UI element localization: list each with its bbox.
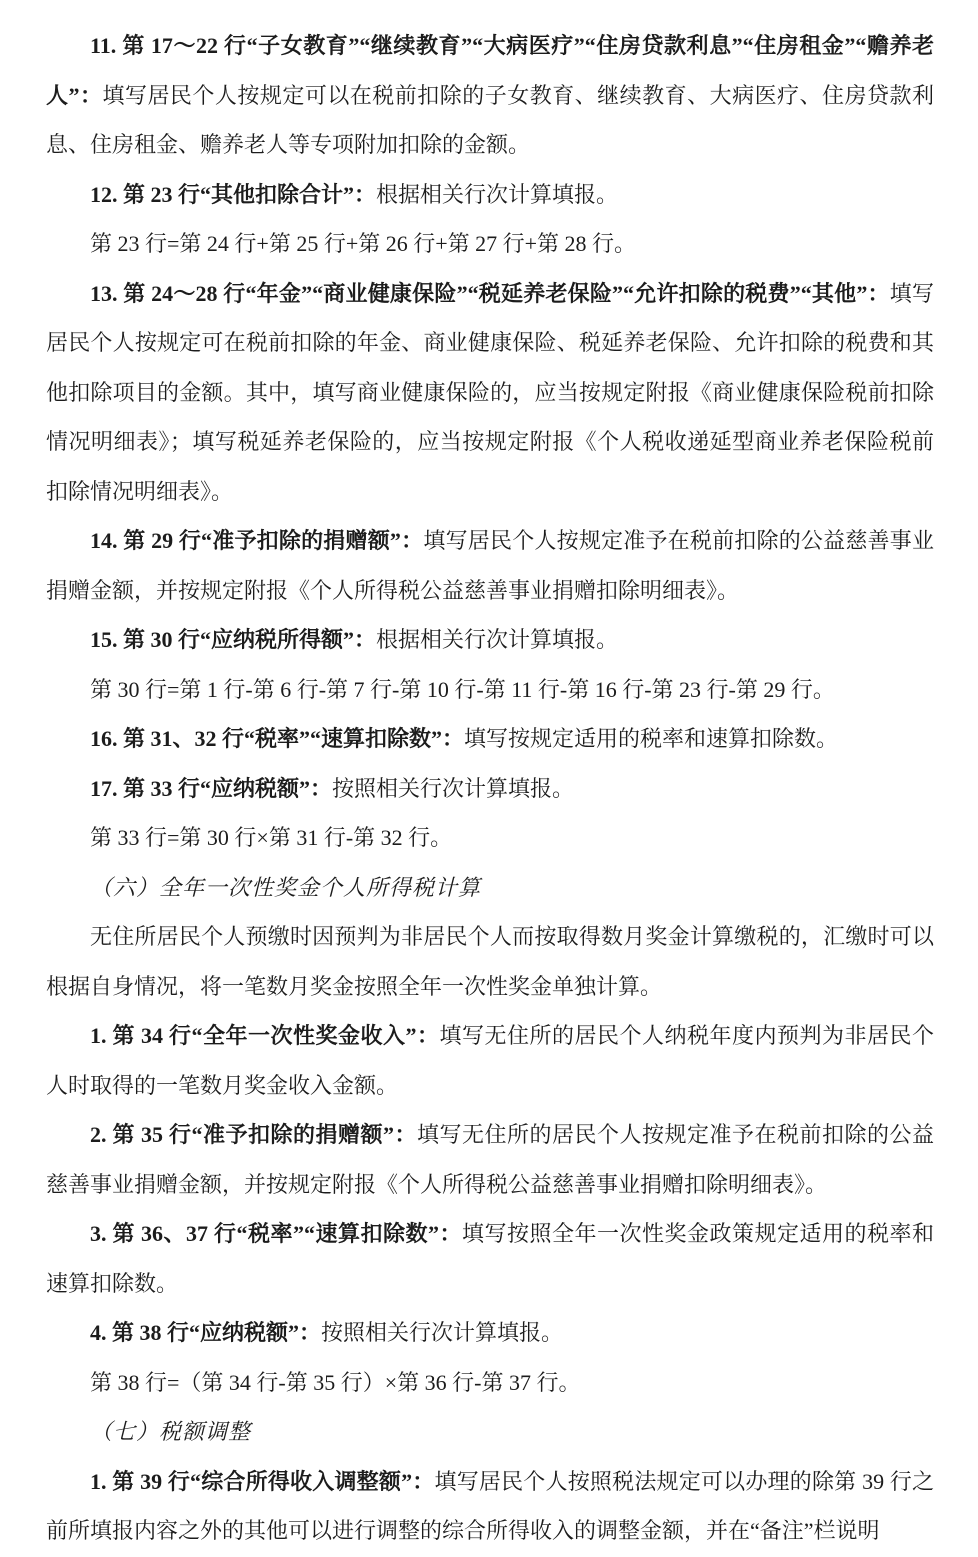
- para-13-annuity-insurance-deductions: 13. 第 24～28 行“年金”“商业健康保险”“税延养老保险”“允许扣除的税…: [46, 269, 934, 517]
- section-heading-text: （六）全年一次性奖金个人所得税计算: [90, 875, 481, 900]
- para-16-tax-rate-quick-deduction: 16. 第 31、32 行“税率”“速算扣除数”：填写按规定适用的税率和速算扣除…: [46, 714, 934, 764]
- para-17-tax-payable: 17. 第 33 行“应纳税额”：按照相关行次计算填报。: [46, 764, 934, 814]
- paragraph-lead: 17. 第 33 行“应纳税额”：: [90, 776, 332, 801]
- section-heading-six-annual-bonus: （六）全年一次性奖金个人所得税计算: [46, 863, 934, 913]
- paragraph-text: 根据相关行次计算填报。: [376, 627, 618, 652]
- formula-line-23: 第 23 行=第 24 行+第 25 行+第 26 行+第 27 行+第 28 …: [46, 219, 934, 269]
- paragraph-lead: 16. 第 31、32 行“税率”“速算扣除数”：: [90, 726, 464, 751]
- paragraph-lead: 13. 第 24～28 行“年金”“商业健康保险”“税延养老保险”“允许扣除的税…: [90, 281, 890, 306]
- formula-text: 第 30 行=第 1 行-第 6 行-第 7 行-第 10 行-第 11 行-第…: [90, 677, 835, 702]
- para-1-comprehensive-income-adjustment: 1. 第 39 行“综合所得收入调整额”：填写居民个人按照税法规定可以办理的除第…: [46, 1457, 934, 1556]
- formula-line-38: 第 38 行=（第 34 行-第 35 行）×第 36 行-第 37 行。: [46, 1358, 934, 1408]
- para-4-bonus-tax-payable: 4. 第 38 行“应纳税额”：按照相关行次计算填报。: [46, 1308, 934, 1358]
- paragraph-lead: 2. 第 35 行“准予扣除的捐赠额”：: [90, 1122, 417, 1147]
- para-14-donation-deduction: 14. 第 29 行“准予扣除的捐赠额”：填写居民个人按规定准予在税前扣除的公益…: [46, 516, 934, 615]
- paragraph-lead: 15. 第 30 行“应纳税所得额”：: [90, 627, 376, 652]
- paragraph-text: 按照相关行次计算填报。: [321, 1320, 563, 1345]
- para-15-taxable-income: 15. 第 30 行“应纳税所得额”：根据相关行次计算填报。: [46, 615, 934, 665]
- paragraph-lead: 14. 第 29 行“准予扣除的捐赠额”：: [90, 528, 423, 553]
- paragraph-text: 无住所居民个人预缴时因预判为非居民个人而按取得数月奖金计算缴税的，汇缴时可以根据…: [46, 924, 934, 999]
- paragraph-lead: 12. 第 23 行“其他扣除合计”：: [90, 182, 376, 207]
- para-2-bonus-donation-deduction: 2. 第 35 行“准予扣除的捐赠额”：填写无住所的居民个人按规定准予在税前扣除…: [46, 1110, 934, 1209]
- paragraph-text: 填写按规定适用的税率和速算扣除数。: [464, 726, 838, 751]
- para-annual-bonus-intro: 无住所居民个人预缴时因预判为非居民个人而按取得数月奖金计算缴税的，汇缴时可以根据…: [46, 912, 934, 1011]
- paragraph-text: 根据相关行次计算填报。: [376, 182, 618, 207]
- paragraph-text: 按照相关行次计算填报。: [332, 776, 574, 801]
- section-heading-seven-tax-adjustment: （七）税额调整: [46, 1407, 934, 1457]
- paragraph-text: 填写居民个人按规定可在税前扣除的年金、商业健康保险、税延养老保险、允许扣除的税费…: [46, 281, 934, 504]
- para-1-annual-bonus-income: 1. 第 34 行“全年一次性奖金收入”：填写无住所的居民个人纳税年度内预判为非…: [46, 1011, 934, 1110]
- paragraph-text: 填写居民个人按规定可以在税前扣除的子女教育、继续教育、大病医疗、住房贷款利息、住…: [46, 83, 934, 158]
- paragraph-lead: 1. 第 39 行“综合所得收入调整额”：: [90, 1469, 434, 1494]
- paragraph-lead: 4. 第 38 行“应纳税额”：: [90, 1320, 321, 1345]
- document-page: 11. 第 17～22 行“子女教育”“继续教育”“大病医疗”“住房贷款利息”“…: [0, 0, 978, 1557]
- para-3-bonus-tax-rate: 3. 第 36、37 行“税率”“速算扣除数”：填写按照全年一次性奖金政策规定适…: [46, 1209, 934, 1308]
- formula-line-33: 第 33 行=第 30 行×第 31 行-第 32 行。: [46, 813, 934, 863]
- formula-text: 第 38 行=（第 34 行-第 35 行）×第 36 行-第 37 行。: [90, 1370, 580, 1395]
- para-11-special-additional-deductions: 11. 第 17～22 行“子女教育”“继续教育”“大病医疗”“住房贷款利息”“…: [46, 21, 934, 170]
- paragraph-lead: 1. 第 34 行“全年一次性奖金收入”：: [90, 1023, 440, 1048]
- paragraph-lead: 3. 第 36、37 行“税率”“速算扣除数”：: [90, 1221, 462, 1246]
- formula-text: 第 23 行=第 24 行+第 25 行+第 26 行+第 27 行+第 28 …: [90, 231, 636, 256]
- formula-line-30: 第 30 行=第 1 行-第 6 行-第 7 行-第 10 行-第 11 行-第…: [46, 665, 934, 715]
- para-12-other-deductions-total: 12. 第 23 行“其他扣除合计”：根据相关行次计算填报。: [46, 170, 934, 220]
- formula-text: 第 33 行=第 30 行×第 31 行-第 32 行。: [90, 825, 452, 850]
- section-heading-text: （七）税额调整: [90, 1419, 251, 1444]
